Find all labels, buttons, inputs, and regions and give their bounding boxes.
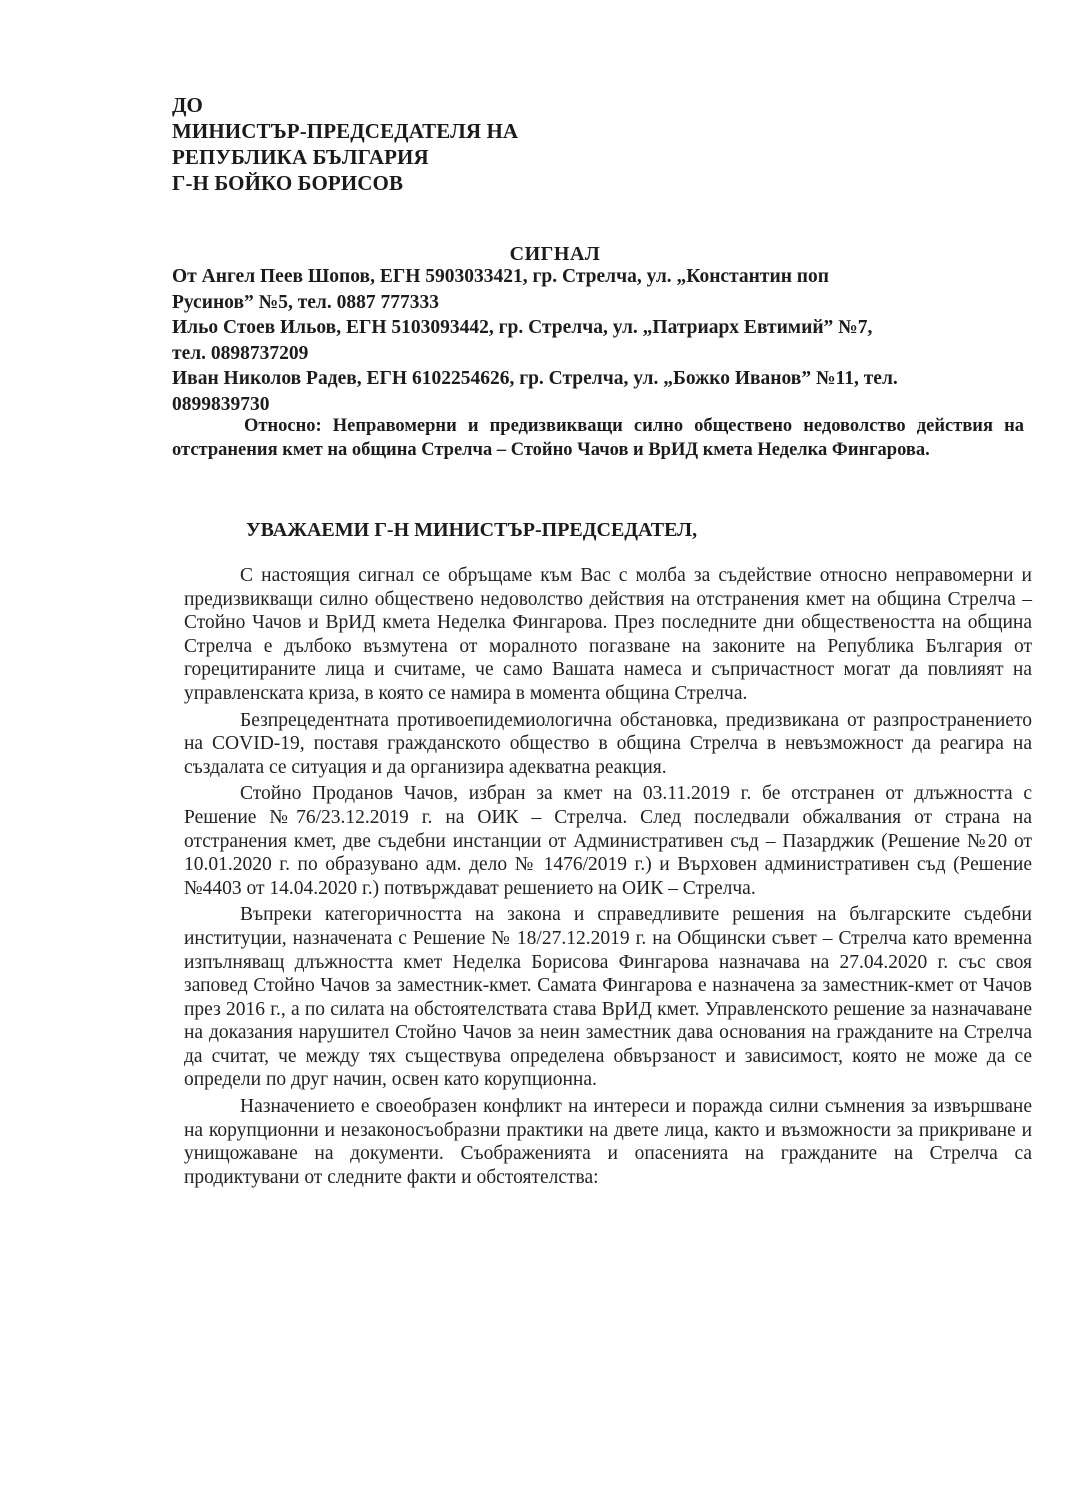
addressee-line: РЕПУБЛИКА БЪЛГАРИЯ xyxy=(172,144,518,170)
sender-line: тел. 0898737209 xyxy=(172,341,1032,367)
addressee-block: ДО МИНИСТЪР-ПРЕДСЕДАТЕЛЯ НА РЕПУБЛИКА БЪ… xyxy=(172,92,518,196)
body-paragraph: Назначението е своеобразен конфликт на и… xyxy=(184,1095,1032,1189)
body-paragraph: Стойно Проданов Чачов, избран за кмет на… xyxy=(184,782,1032,900)
senders-block: От Ангел Пеев Шопов, ЕГН 5903033421, гр.… xyxy=(172,264,1032,417)
sender-line: От Ангел Пеев Шопов, ЕГН 5903033421, гр.… xyxy=(172,264,1032,290)
body-paragraph: Безпрецедентната противоепидемиологична … xyxy=(184,709,1032,780)
body-paragraph: Въпреки категоричността на закона и спра… xyxy=(184,903,1032,1092)
body-paragraph: С настоящия сигнал се обръщаме към Вас с… xyxy=(184,564,1032,706)
body-text: С настоящия сигнал се обръщаме към Вас с… xyxy=(184,564,1032,1189)
sender-line: Иван Николов Радев, ЕГН 6102254626, гр. … xyxy=(172,366,1032,392)
document-title: СИГНАЛ xyxy=(0,242,1080,266)
sender-line: Ильо Стоев Ильов, ЕГН 5103093442, гр. Ст… xyxy=(172,315,1032,341)
document-page: ДО МИНИСТЪР-ПРЕДСЕДАТЕЛЯ НА РЕПУБЛИКА БЪ… xyxy=(0,0,1080,1509)
subject-line: Относно: Неправомерни и предизвикващи си… xyxy=(172,414,1024,462)
sender-line: Русинов” №5, тел. 0887 777333 xyxy=(172,290,1032,316)
addressee-line: ДО xyxy=(172,92,518,118)
addressee-line: МИНИСТЪР-ПРЕДСЕДАТЕЛЯ НА xyxy=(172,118,518,144)
addressee-line: Г-Н БОЙКО БОРИСОВ xyxy=(172,170,518,196)
salutation: УВАЖАЕМИ Г-Н МИНИСТЪР-ПРЕДСЕДАТЕЛ, xyxy=(246,518,697,542)
